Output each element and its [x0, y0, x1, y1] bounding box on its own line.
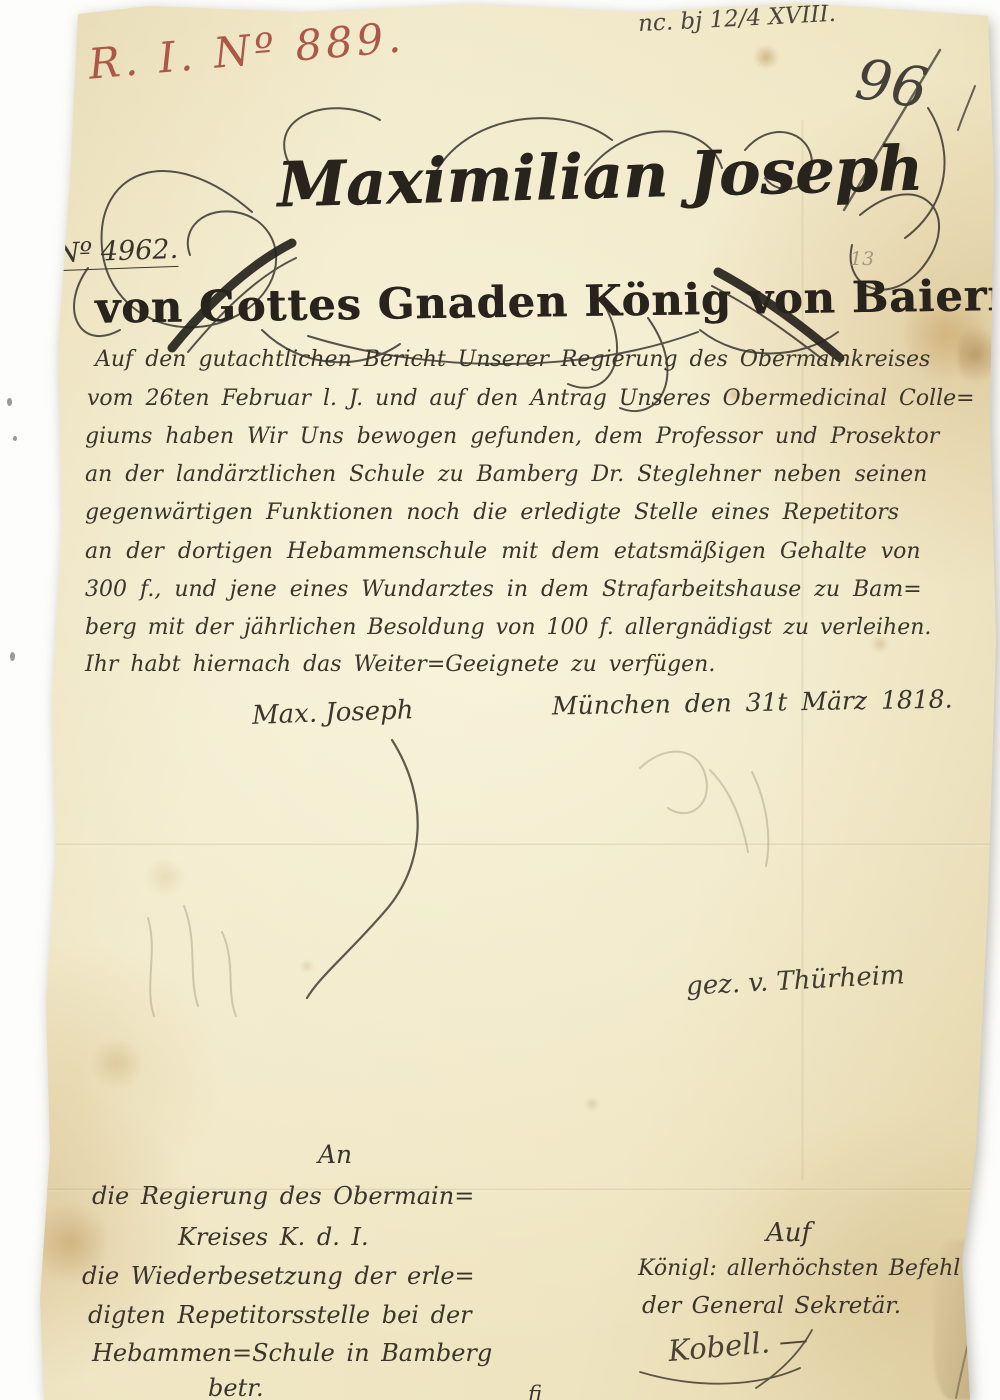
address-line: die Wiederbesetzung der erle=	[82, 1262, 475, 1290]
paper-shadow: R. I. Nº 889. nc. bj 12/4 XVIII. 96 Maxi…	[0, 0, 1000, 1400]
order-line: der General Sekretär.	[642, 1293, 901, 1319]
body-line: 300 f., und jene eines Wundarztes in dem…	[85, 577, 922, 602]
body-line: an der landärztlichen Schule zu Bamberg …	[85, 462, 927, 487]
body-line: giums haben Wir Uns bewogen gefunden, de…	[85, 424, 939, 449]
address-line: betr.	[208, 1374, 264, 1400]
scanned-document-page: R. I. Nº 889. nc. bj 12/4 XVIII. 96 Maxi…	[0, 0, 1000, 1400]
folio-number: 96	[851, 47, 932, 122]
stain-spot	[752, 46, 780, 68]
stain-spot	[142, 860, 188, 894]
bottom-edge-mark: fi	[528, 1382, 542, 1400]
pencil-page-number: 13	[850, 248, 874, 270]
body-line: Ihr habt hiernach das Weiter=Geeignete z…	[85, 652, 715, 677]
order-line: Königl: allerhöchsten Befehl	[638, 1256, 960, 1281]
stain-spot	[88, 1040, 146, 1086]
address-line: An	[318, 1140, 352, 1169]
royal-signature: Max. Joseph	[252, 695, 414, 731]
manuscript-paper: R. I. Nº 889. nc. bj 12/4 XVIII. 96 Maxi…	[0, 0, 1000, 1400]
address-line: die Regierung des Obermain=	[92, 1182, 474, 1210]
body-line: gegenwärtigen Funktionen noch die erledi…	[85, 500, 899, 525]
document-number: Nº 4962.	[55, 234, 178, 271]
body-line: berg mit der jährlichen Besoldung von 10…	[85, 615, 931, 640]
stain-spot	[584, 1098, 600, 1110]
stain-spot	[300, 960, 314, 972]
body-line: Auf den gutachtlichen Bericht Unserer Re…	[95, 347, 930, 372]
order-line: Auf	[766, 1218, 811, 1248]
body-line: vom 26ten Februar l. J. und auf den Antr…	[87, 386, 975, 411]
address-line: Hebammen=Schule in Bamberg	[92, 1339, 492, 1367]
stain-spot	[958, 320, 994, 390]
address-line: Kreises K. d. I.	[178, 1223, 369, 1251]
address-line: digten Repetitorsstelle bei der	[88, 1301, 472, 1329]
body-line: an der dortigen Hebammenschule mit dem e…	[85, 539, 921, 564]
